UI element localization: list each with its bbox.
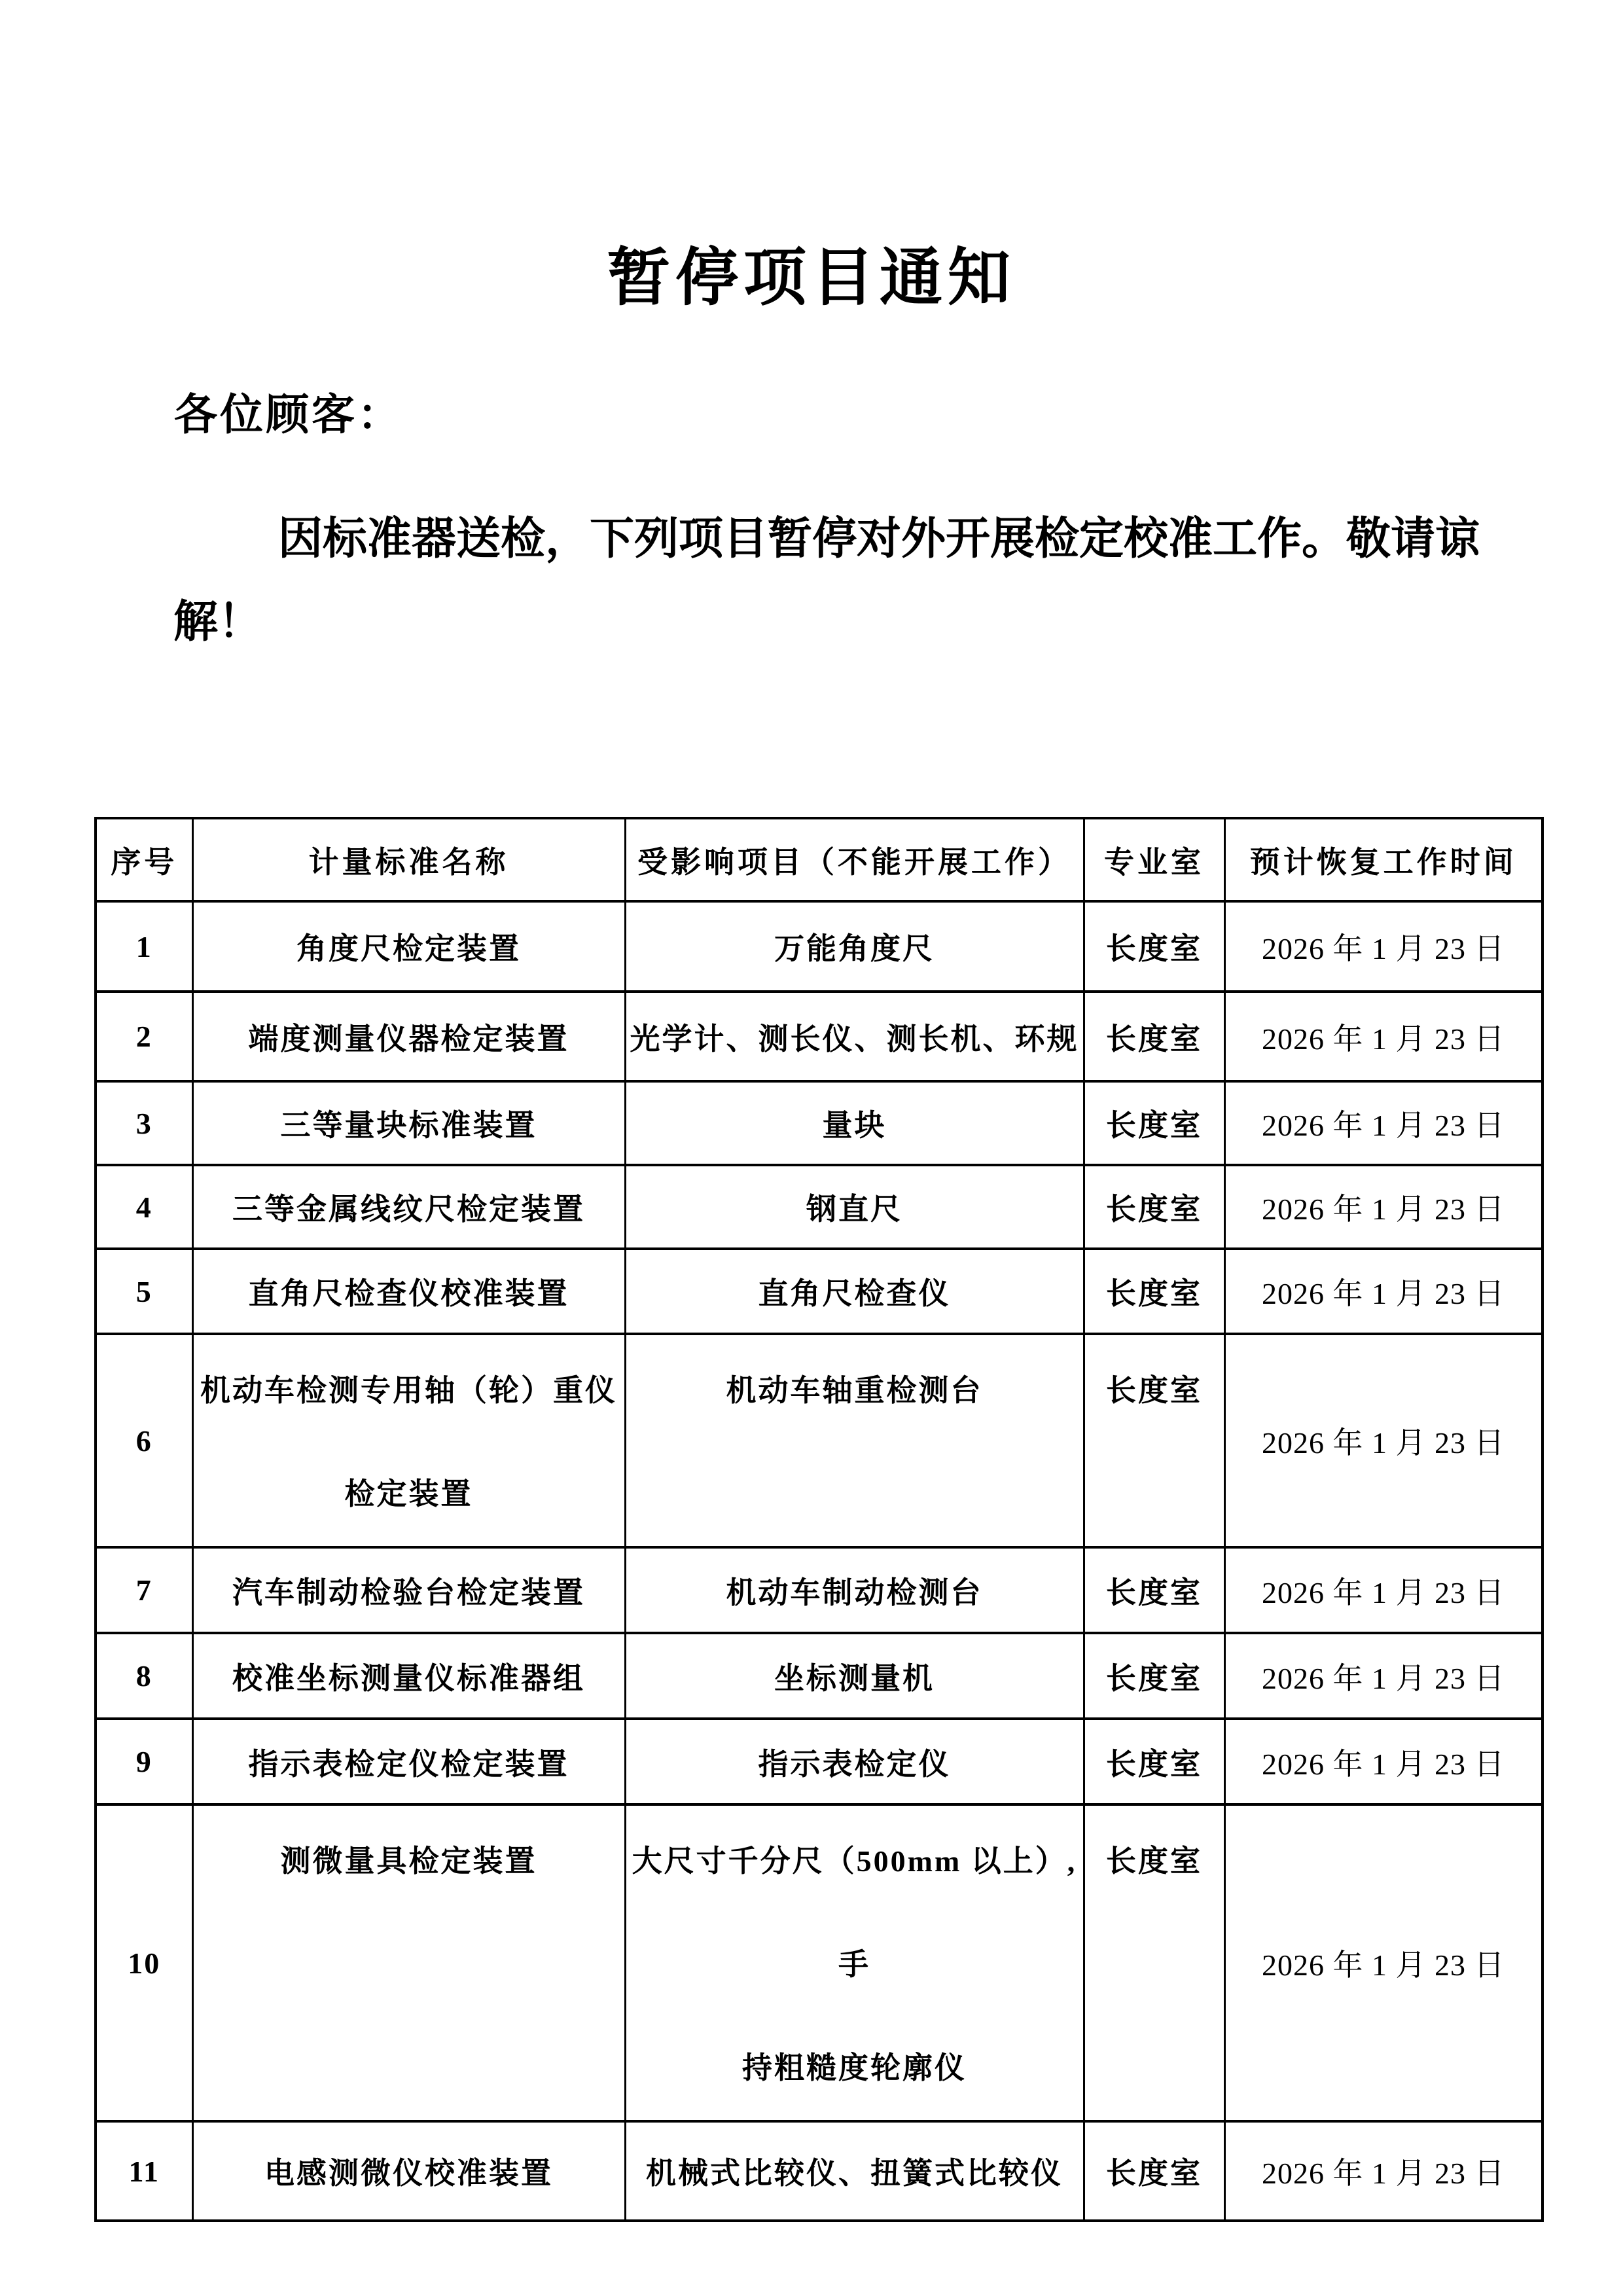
department: 长度室 [1084,1633,1224,1719]
table-row: 5直角尺检查仪校准装置直角尺检查仪长度室2026 年 1 月 23 日 [96,1249,1543,1334]
header-recovery-date: 预计恢复工作时间 [1224,818,1543,901]
table-row: 9指示表检定仪检定装置指示表检定仪长度室2026 年 1 月 23 日 [96,1719,1543,1804]
row-number: 8 [96,1633,192,1719]
recovery-date: 2026 年 1 月 23 日 [1224,1547,1543,1633]
row-number: 11 [96,2121,192,2221]
recovery-date: 2026 年 1 月 23 日 [1224,1334,1543,1547]
department: 长度室 [1084,901,1224,992]
row-number: 4 [96,1165,192,1249]
table-row: 4三等金属线纹尺检定装置钢直尺长度室2026 年 1 月 23 日 [96,1165,1543,1249]
affected-items: 指示表检定仪 [625,1719,1084,1804]
affected-items: 直角尺检查仪 [625,1249,1084,1334]
standard-name: 汽车制动检验台检定装置 [192,1547,625,1633]
recovery-date: 2026 年 1 月 23 日 [1224,1804,1543,2121]
row-number: 9 [96,1719,192,1804]
row-number: 3 [96,1081,192,1165]
department: 长度室 [1084,1804,1224,2121]
row-number: 7 [96,1547,192,1633]
affected-items: 万能角度尺 [625,901,1084,992]
affected-items: 机动车制动检测台 [625,1547,1084,1633]
salutation: 各位顾客： [174,380,403,442]
page-title: 暂停项目通知 [0,228,1623,317]
recovery-date: 2026 年 1 月 23 日 [1224,901,1543,992]
row-number: 2 [96,992,192,1081]
table-row: 1角度尺检定装置万能角度尺长度室2026 年 1 月 23 日 [96,901,1543,992]
standard-name: 三等金属线纹尺检定装置 [192,1165,625,1249]
row-number: 5 [96,1249,192,1334]
department: 长度室 [1084,1547,1224,1633]
intro-line-1: 因标准器送检，下列项目暂停对外开展检定校准工作。敬请谅 [173,497,1548,581]
standard-name: 端度测量仪器检定装置 [192,992,625,1081]
standard-name: 校准坐标测量仪标准器组 [192,1633,625,1719]
intro-line-2: 解！ [173,581,1548,664]
table-row: 3三等量块标准装置量块长度室2026 年 1 月 23 日 [96,1081,1543,1165]
table-row: 2端度测量仪器检定装置光学计、测长仪、测长机、环规长度室2026 年 1 月 2… [96,992,1543,1081]
table-row: 7汽车制动检验台检定装置机动车制动检测台长度室2026 年 1 月 23 日 [96,1547,1543,1633]
department: 长度室 [1084,1249,1224,1334]
recovery-date: 2026 年 1 月 23 日 [1224,992,1543,1081]
row-number: 6 [96,1334,192,1547]
recovery-date: 2026 年 1 月 23 日 [1224,1719,1543,1804]
standard-name: 测微量具检定装置 [192,1804,625,2121]
row-number: 1 [96,901,192,992]
recovery-date: 2026 年 1 月 23 日 [1224,2121,1543,2221]
affected-items: 坐标测量机 [625,1633,1084,1719]
table-row: 6机动车检测专用轴（轮）重仪检定装置机动车轴重检测台长度室2026 年 1 月 … [96,1334,1543,1547]
header-row-number: 序号 [96,818,192,901]
header-standard-name: 计量标准名称 [192,818,625,901]
standard-name: 角度尺检定装置 [192,901,625,992]
department: 长度室 [1084,1719,1224,1804]
affected-items: 光学计、测长仪、测长机、环规 [625,992,1084,1081]
affected-items: 钢直尺 [625,1165,1084,1249]
standard-name: 机动车检测专用轴（轮）重仪检定装置 [192,1334,625,1547]
standard-name: 电感测微仪校准装置 [192,2121,625,2221]
department: 长度室 [1084,2121,1224,2221]
row-number: 10 [96,1804,192,2121]
standard-name: 直角尺检查仪校准装置 [192,1249,625,1334]
department: 长度室 [1084,1334,1224,1547]
document-page: 暂停项目通知 各位顾客： 因标准器送检，下列项目暂停对外开展检定校准工作。敬请谅… [0,0,1623,2296]
table-body: 1角度尺检定装置万能角度尺长度室2026 年 1 月 23 日2端度测量仪器检定… [96,901,1543,2221]
department: 长度室 [1084,992,1224,1081]
department: 长度室 [1084,1081,1224,1165]
header-department: 专业室 [1084,818,1224,901]
affected-items: 量块 [625,1081,1084,1165]
standard-name: 指示表检定仪检定装置 [192,1719,625,1804]
table-header-row: 序号 计量标准名称 受影响项目（不能开展工作） 专业室 预计恢复工作时间 [96,818,1543,901]
table-row: 10测微量具检定装置大尺寸千分尺（500mm 以上）,手持粗糙度轮廓仪长度室20… [96,1804,1543,2121]
affected-items: 大尺寸千分尺（500mm 以上）,手持粗糙度轮廓仪 [625,1804,1084,2121]
standard-name: 三等量块标准装置 [192,1081,625,1165]
recovery-date: 2026 年 1 月 23 日 [1224,1081,1543,1165]
recovery-date: 2026 年 1 月 23 日 [1224,1165,1543,1249]
suspended-projects-table: 序号 计量标准名称 受影响项目（不能开展工作） 专业室 预计恢复工作时间 1角度… [94,817,1544,2222]
recovery-date: 2026 年 1 月 23 日 [1224,1249,1543,1334]
table-row: 8校准坐标测量仪标准器组坐标测量机长度室2026 年 1 月 23 日 [96,1633,1543,1719]
recovery-date: 2026 年 1 月 23 日 [1224,1633,1543,1719]
affected-items: 机械式比较仪、扭簧式比较仪 [625,2121,1084,2221]
department: 长度室 [1084,1165,1224,1249]
intro-paragraph: 因标准器送检，下列项目暂停对外开展检定校准工作。敬请谅 解！ [173,497,1548,664]
affected-items: 机动车轴重检测台 [625,1334,1084,1547]
table-row: 11电感测微仪校准装置机械式比较仪、扭簧式比较仪长度室2026 年 1 月 23… [96,2121,1543,2221]
header-affected-items: 受影响项目（不能开展工作） [625,818,1084,901]
